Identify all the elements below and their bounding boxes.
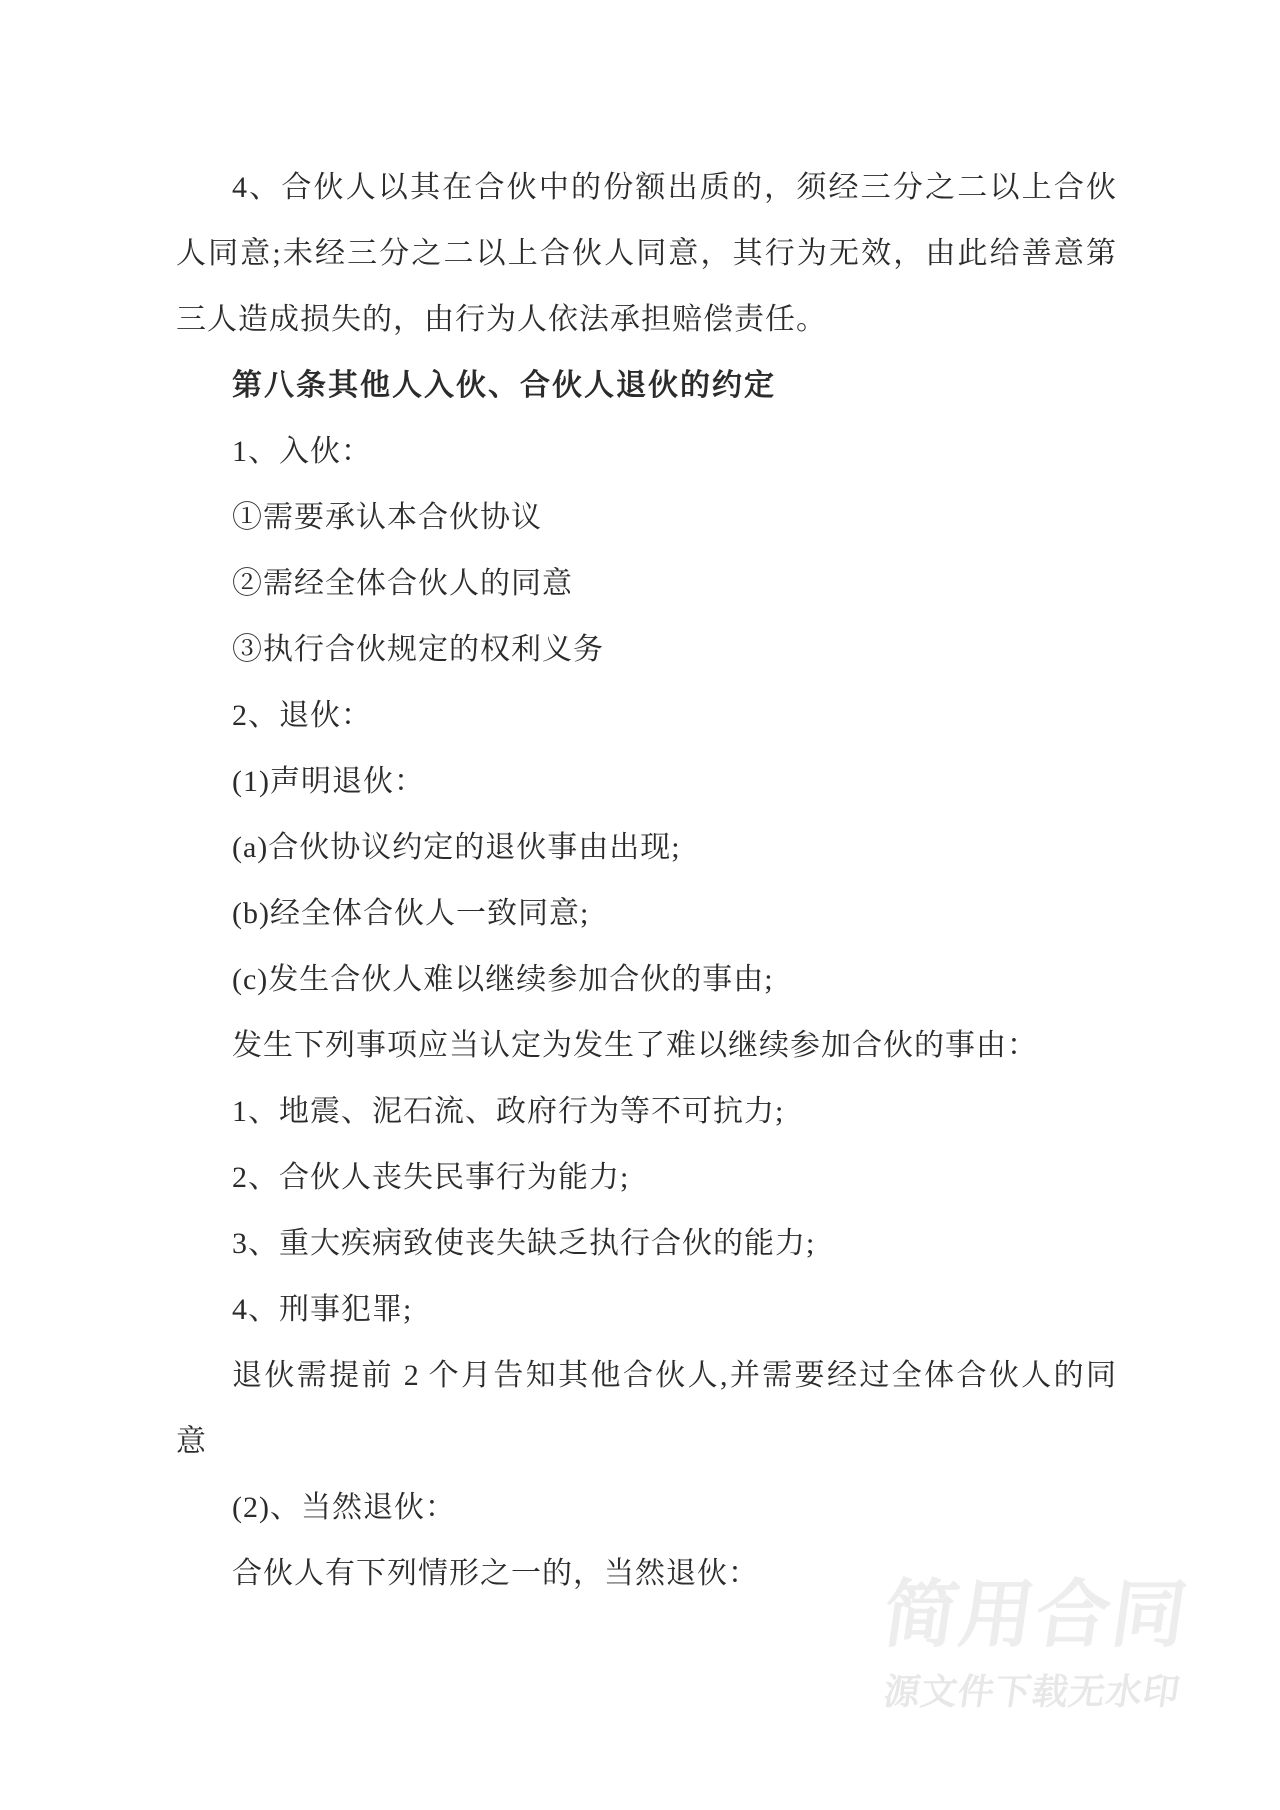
body-line: 3、重大疾病致使丧失缺乏执行合伙的能力; (176, 1211, 1116, 1277)
body-line: 发生下列事项应当认定为发生了难以继续参加合伙的事由： (176, 1013, 1116, 1079)
body-line: 三人造成损失的，由行为人依法承担赔偿责任。 (176, 287, 1116, 353)
body-line: (a)合伙协议约定的退伙事由出现; (176, 815, 1116, 881)
body-line: ①需要承认本合伙协议 (176, 485, 1116, 551)
section-heading: 第八条其他人入伙、合伙人退伙的约定 (176, 353, 1116, 419)
document-body: 4、合伙人以其在合伙中的份额出质的，须经三分之二以上合伙 人同意;未经三分之二以… (176, 155, 1116, 1607)
watermark-tagline-text: 源文件下载无水印 (881, 1674, 1182, 1710)
body-line: ②需经全体合伙人的同意 (176, 551, 1116, 617)
document-page: 4、合伙人以其在合伙中的份额出质的，须经三分之二以上合伙 人同意;未经三分之二以… (0, 0, 1280, 1810)
body-line: 2、退伙： (176, 683, 1116, 749)
body-line: 1、地震、泥石流、政府行为等不可抗力; (176, 1079, 1116, 1145)
body-line: 2、合伙人丧失民事行为能力; (176, 1145, 1116, 1211)
body-line: 合伙人有下列情形之一的，当然退伙： (176, 1541, 1116, 1607)
body-line: (c)发生合伙人难以继续参加合伙的事由; (176, 947, 1116, 1013)
body-line: (b)经全体合伙人一致同意; (176, 881, 1116, 947)
body-line: 意 (176, 1409, 1116, 1475)
body-line: 1、入伙： (176, 419, 1116, 485)
body-line: 人同意;未经三分之二以上合伙人同意，其行为无效，由此给善意第 (176, 221, 1116, 287)
body-line: 4、合伙人以其在合伙中的份额出质的，须经三分之二以上合伙 (176, 155, 1116, 221)
body-line: (1)声明退伙： (176, 749, 1116, 815)
body-line: 退伙需提前 2 个月告知其他合伙人,并需要经过全体合伙人的同 (176, 1343, 1116, 1409)
body-line: (2)、当然退伙： (176, 1475, 1116, 1541)
body-line: ③执行合伙规定的权利义务 (176, 617, 1116, 683)
body-line: 4、刑事犯罪; (176, 1277, 1116, 1343)
